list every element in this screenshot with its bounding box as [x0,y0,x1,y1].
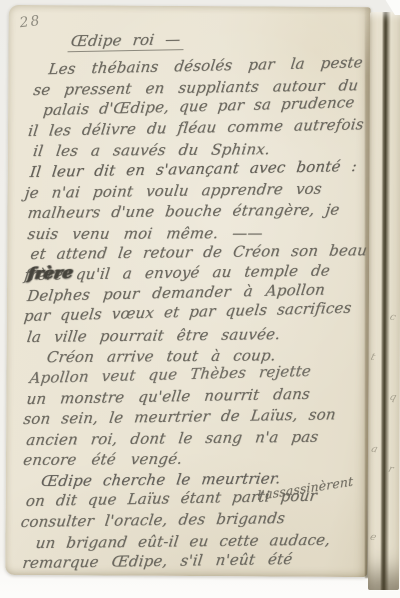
handwritten-line: remarque Œdipe, s'il n'eût été [21,548,362,574]
handwritten-line: la ville pourrait être sauvée. [26,323,364,347]
overwritten-word: frère [27,262,74,282]
photo-background: 28 Œdipe roi — Les thébains désolés par … [0,0,400,598]
backdrop-corner-bottom-right [370,591,400,598]
page-title: Œdipe roi — [67,30,185,52]
page-number: 28 [19,13,43,31]
ghost-mark: q [388,392,397,404]
ghost-mark: t [369,352,376,363]
ghost-mark: c [388,312,397,323]
handwritten-line: consulter l'oracle, des brigands [20,507,363,533]
adjacent-page-edge: ctqare [368,12,400,590]
ghost-mark: a [370,444,379,456]
ghost-mark: r [387,464,395,475]
handwritten-text: Œdipe roi — Les thébains désolés par la … [18,32,362,569]
handwritten-line: malheurs d'une bouche étrangère, je [26,199,364,223]
notebook-page: 28 Œdipe roi — Les thébains désolés par … [5,5,370,577]
ghost-mark: e [369,532,378,544]
handwritten-line: ancien roi, dont le sang n'a pas [25,426,363,450]
handwritten-lines: Les thébains désolés par la pestese pres… [18,59,362,576]
